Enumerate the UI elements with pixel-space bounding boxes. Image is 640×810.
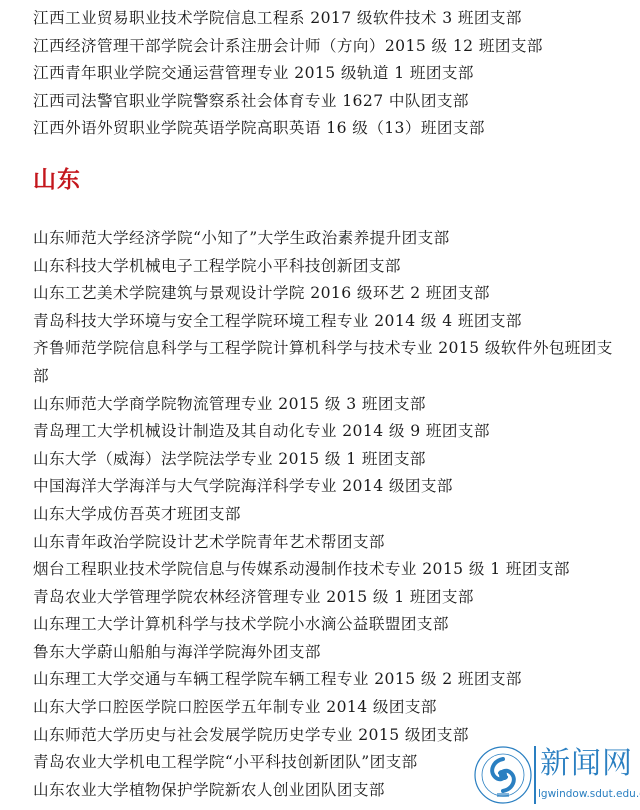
list-item: 江西经济管理干部学院会计系注册会计师（方向）2015 级 12 班团支部 bbox=[33, 33, 623, 61]
list-item: 江西司法警官职业学院警察系社会体育专业 1627 中队团支部 bbox=[33, 88, 623, 116]
list-item: 齐鲁师范学院信息科学与工程学院计算机科学与技术专业 2015 级软件外包班团支部 bbox=[33, 335, 613, 390]
news-site-watermark: 新闻网 lgwindow.sdut.edu.cn bbox=[470, 740, 640, 810]
list-item: 江西青年职业学院交通运营管理专业 2015 级轨道 1 班团支部 bbox=[33, 60, 623, 88]
list-item: 山东科技大学机械电子工程学院小平科技创新团支部 bbox=[33, 253, 623, 281]
list-item: 烟台工程职业技术学院信息与传媒系动漫制作技术专业 2015 级 1 班团支部 bbox=[33, 556, 623, 584]
list-item: 江西外语外贸职业学院英语学院高职英语 16 级（13）班团支部 bbox=[33, 115, 623, 143]
list-item: 山东师范大学商学院物流管理专业 2015 级 3 班团支部 bbox=[33, 391, 623, 419]
list-item: 山东理工大学交通与车辆工程学院车辆工程专业 2015 级 2 班团支部 bbox=[33, 666, 623, 694]
watermark-title: 新闻网 bbox=[540, 746, 633, 782]
list-item: 青岛理工大学机械设计制造及其自动化专业 2014 级 9 班团支部 bbox=[33, 418, 623, 446]
watermark-url: lgwindow.sdut.edu.cn bbox=[538, 788, 640, 800]
shandong-list: 山东师范大学经济学院“小知了”大学生政治素养提升团支部 山东科技大学机械电子工程… bbox=[33, 225, 623, 804]
list-item: 青岛科技大学环境与安全工程学院环境工程专业 2014 级 4 班团支部 bbox=[33, 308, 623, 336]
list-item: 山东理工大学计算机科学与技术学院小水滴公益联盟团支部 bbox=[33, 611, 623, 639]
document-body: 江西工业贸易职业技术学院信息工程系 2017 级软件技术 3 班团支部 江西经济… bbox=[33, 0, 623, 804]
list-item: 山东师范大学经济学院“小知了”大学生政治素养提升团支部 bbox=[33, 225, 623, 253]
list-item: 山东大学成仿吾英才班团支部 bbox=[33, 501, 623, 529]
university-seal-logo-icon bbox=[473, 745, 533, 805]
list-item: 山东工艺美术学院建筑与景观设计学院 2016 级环艺 2 班团支部 bbox=[33, 280, 623, 308]
list-item: 江西工业贸易职业技术学院信息工程系 2017 级软件技术 3 班团支部 bbox=[33, 5, 623, 33]
list-item: 鲁东大学蔚山船舶与海洋学院海外团支部 bbox=[33, 639, 623, 667]
list-item: 山东大学口腔医学院口腔医学五年制专业 2014 级团支部 bbox=[33, 694, 623, 722]
list-item: 山东青年政治学院设计艺术学院青年艺术帮团支部 bbox=[33, 529, 623, 557]
list-item: 中国海洋大学海洋与大气学院海洋科学专业 2014 级团支部 bbox=[33, 473, 623, 501]
jiangxi-list: 江西工业贸易职业技术学院信息工程系 2017 级软件技术 3 班团支部 江西经济… bbox=[33, 5, 623, 143]
list-item: 青岛农业大学管理学院农林经济管理专业 2015 级 1 班团支部 bbox=[33, 584, 623, 612]
section-heading-shandong: 山东 bbox=[33, 165, 623, 195]
watermark-divider bbox=[534, 746, 536, 804]
list-item: 山东大学（威海）法学院法学专业 2015 级 1 班团支部 bbox=[33, 446, 623, 474]
